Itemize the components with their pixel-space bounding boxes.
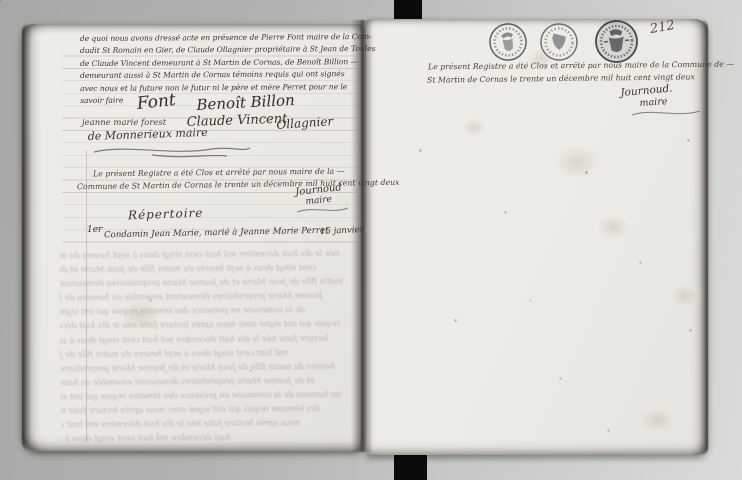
official-seal-crowned-arms-icon [485,19,530,64]
signature-flourish [295,204,350,216]
paper-stain [555,145,599,179]
signature-flourish [630,106,702,120]
bleedthrough-line: nous après lecture faite née le dix huit… [61,416,301,432]
repertoire-entry-number: 1er [87,225,102,235]
signature-forest: jeanne marie forest [82,118,166,128]
repertoire-heading: Répertoire [128,206,204,223]
scanned-register-spread: de quoi nous avons dressé acte en présen… [0,0,742,480]
bleedthrough-line: lecture faite née le dix huit décembre m… [60,331,329,347]
paper-stain [672,285,698,307]
paper-specks [0,0,1,1]
act-line: avec nous et la future non le futur ni l… [80,81,376,96]
official-seal-royal-dark-icon [592,17,640,65]
bleedthrough-text: née le dix huit décembre mil huit cent v… [59,247,353,447]
official-seal-shield-icon [537,20,580,63]
signature-font: Font [136,90,177,114]
signature-flourish [92,142,252,158]
bleedthrough-line: huit décembre mil huit cent vingt deux à… [61,431,230,447]
paper-stain [462,118,486,136]
paper-stain [598,215,628,239]
paper-stain [640,408,674,432]
